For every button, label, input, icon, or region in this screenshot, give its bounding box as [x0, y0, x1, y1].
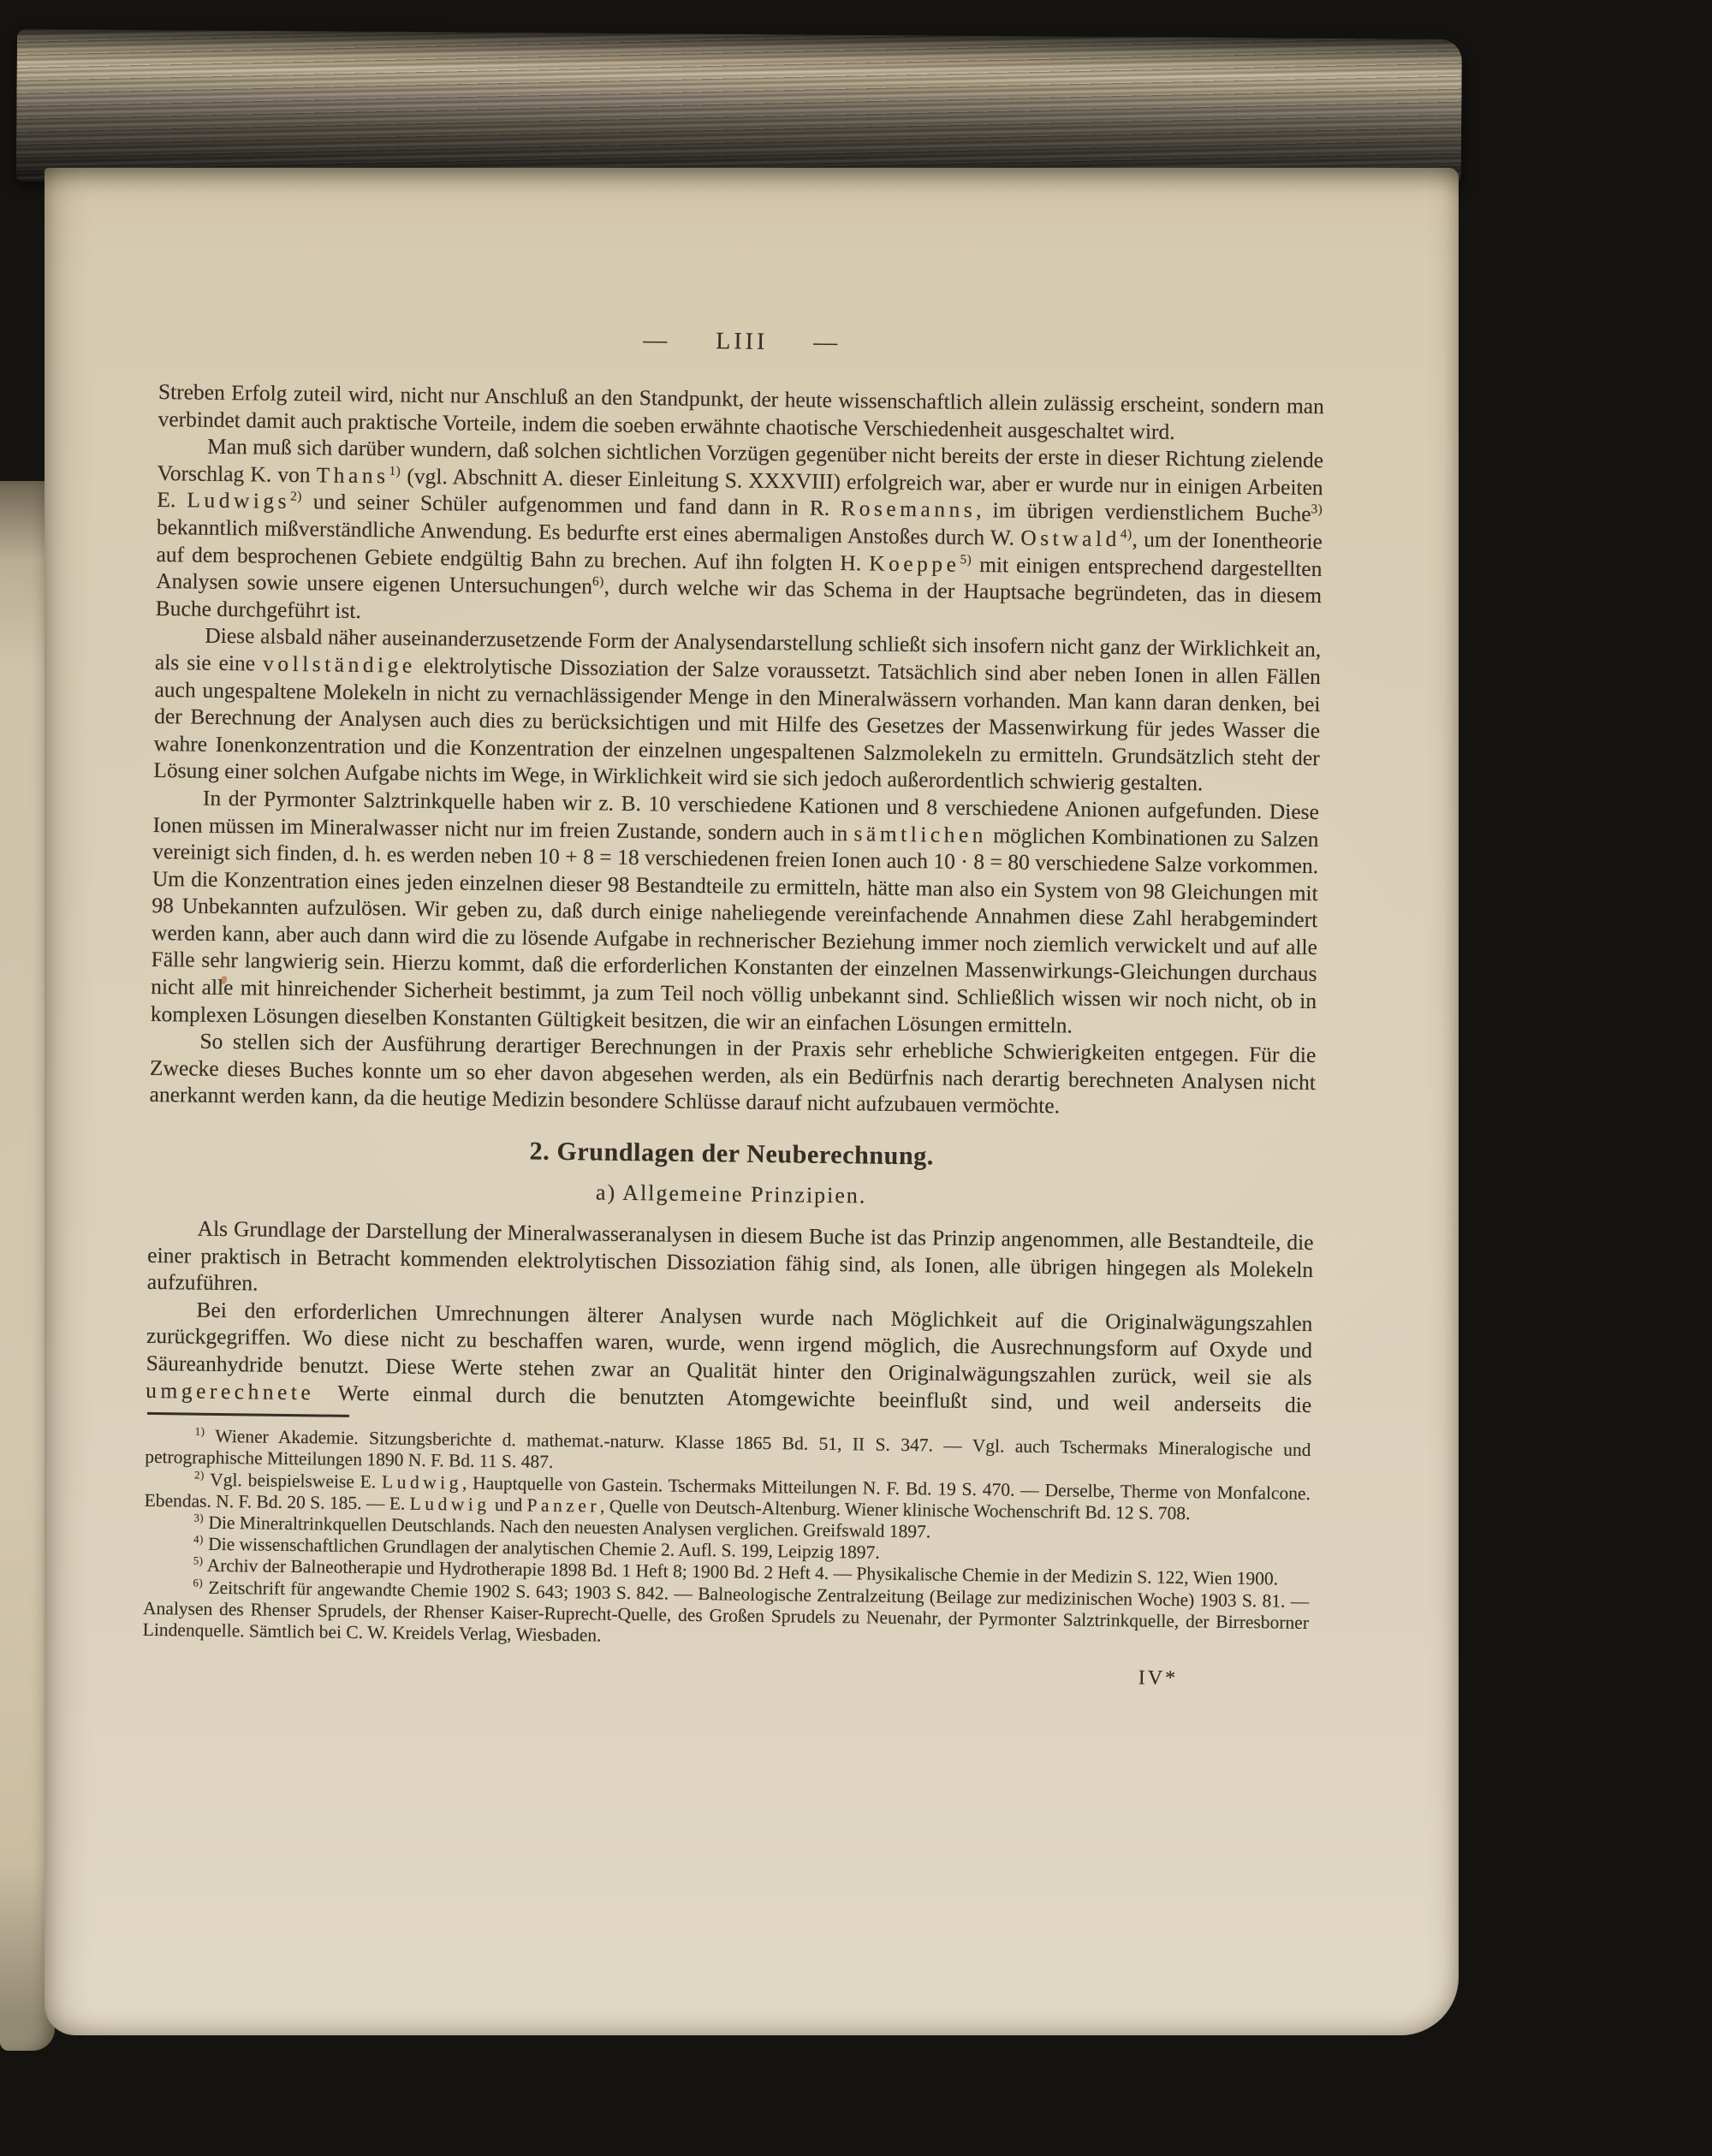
- spaced-name: Ludwigs: [187, 488, 290, 514]
- body-paragraph: Man muß sich darüber wundern, daß solche…: [156, 432, 1324, 636]
- text-segment: Vgl. beispielsweise E.: [205, 1469, 383, 1492]
- text-segment: , im übrigen verdienstlichem Buche: [976, 497, 1311, 526]
- footnote: 6) Zeitschrift für angewandte Chemie 190…: [143, 1576, 1310, 1655]
- section-heading: 2. Grundlagen der Neuberechnung.: [149, 1131, 1315, 1178]
- signature-mark: IV*: [142, 1654, 1308, 1692]
- footnote-marker: 1): [389, 464, 401, 478]
- footnote-marker: 3): [1311, 502, 1323, 517]
- page-number-header: — LIII —: [159, 320, 1325, 364]
- body-paragraph: Diese alsbald näher auseinanderzusetzend…: [153, 621, 1321, 799]
- footnote-marker: 5): [960, 552, 972, 567]
- footnote-marker: 5): [193, 1555, 204, 1567]
- spaced-name: Ostwald: [1020, 526, 1121, 551]
- text-segment: und seiner Schüler aufgenommen und fand …: [302, 489, 841, 520]
- spaced-name: Ludwig: [410, 1494, 490, 1515]
- book-scan: — LIII — Streben Erfolg zuteil wird, nic…: [0, 0, 1712, 2156]
- text-segment: Wiener Akademie. Sitzungsberichte d. mat…: [145, 1426, 1311, 1472]
- body-paragraph: Bei den erforderlichen Umrechnungen älte…: [146, 1296, 1312, 1418]
- spaced-name: Rosemanns: [841, 496, 976, 522]
- spaced-name: Thans: [317, 462, 389, 488]
- section-subheading: a) Allgemeine Prinzipien.: [148, 1173, 1314, 1215]
- footnote-marker: 3): [193, 1512, 204, 1523]
- book-page: — LIII — Streben Erfolg zuteil wird, nic…: [45, 168, 1459, 2035]
- footnotes: 1) Wiener Akademie. Sitzungsberichte d. …: [143, 1425, 1311, 1655]
- footnote-marker: 1): [195, 1426, 205, 1438]
- footnote-marker: 6): [193, 1577, 203, 1589]
- footnote-marker: 2): [290, 490, 302, 504]
- text-segment: Als Grundlage der Darstellung der Minera…: [147, 1216, 1314, 1296]
- text-segment: möglichen Kombinationen zu Salzen verein…: [151, 823, 1319, 1037]
- spaced-name: umgerechnete: [146, 1377, 314, 1404]
- footnote-marker: 2): [194, 1469, 205, 1481]
- body-paragraph: So stellen sich der Ausführung derartige…: [149, 1027, 1316, 1123]
- body-blocks: Streben Erfolg zuteil wird, nicht nur An…: [146, 378, 1324, 1418]
- footnote-rule: [147, 1412, 349, 1417]
- body-paragraph: Als Grundlage der Darstellung der Minera…: [147, 1215, 1314, 1310]
- spaced-name: Koeppe: [869, 550, 960, 576]
- page-content: — LIII — Streben Erfolg zuteil wird, nic…: [142, 320, 1325, 1692]
- spaced-name: Panzer: [526, 1494, 600, 1516]
- spaced-name: vollständige: [263, 650, 416, 677]
- text-segment: Bei den erforderlichen Umrechnungen älte…: [146, 1297, 1313, 1390]
- footnote-marker: 4): [1121, 527, 1132, 542]
- text-segment: So stellen sich der Ausführung derartige…: [149, 1029, 1316, 1119]
- text-segment: und: [490, 1494, 526, 1516]
- spaced-name: Ludwig: [382, 1471, 462, 1493]
- body-paragraph: In der Pyrmonter Salztrinkquelle haben w…: [151, 784, 1319, 1042]
- spaced-name: sämtlichen: [853, 821, 987, 847]
- footnote-marker: 4): [193, 1534, 204, 1546]
- footnote-marker: 6): [592, 574, 604, 589]
